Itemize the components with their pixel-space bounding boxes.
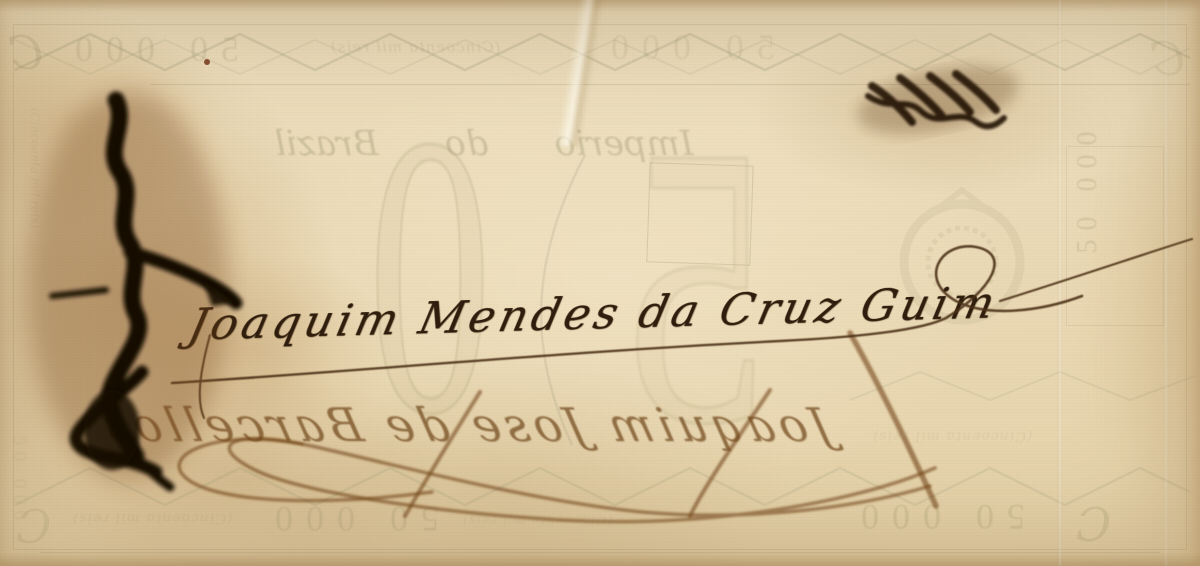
denomination-numeral-right-vertical: 50 000 <box>1072 88 1112 288</box>
corner-ornament-bottom-left: C <box>16 498 51 552</box>
vertical-fold-line-right <box>1164 0 1168 566</box>
vertical-fold-line <box>1058 0 1062 566</box>
denomination-numeral-bottom-right: 50 000 <box>848 496 1025 538</box>
paper-edge-bottom <box>0 552 1200 566</box>
printed-rule-bottom <box>40 552 1160 553</box>
denomination-numeral-bottom-left: 50 000 <box>262 498 439 540</box>
banknote-verso-scan: C 50 000 (Cincoenta mil reis) 50 000 C I… <box>0 0 1200 566</box>
right-edge-shading <box>1176 0 1200 566</box>
denomination-words-bottom-right-inner: (Cincoenta mil reis) <box>872 428 1032 444</box>
denomination-words-bottom-left: (Cincoenta mil reis) <box>72 510 232 526</box>
denomination-words-left-vertical: (Cincoenta mil reis) <box>22 88 42 248</box>
denomination-numeral-top-left: 50 000 <box>62 28 239 70</box>
corner-ornament-bottom-right: C <box>1076 496 1111 550</box>
printed-border-frame <box>13 24 1187 550</box>
big-denomination-digit-0: 0 <box>356 112 505 440</box>
denomination-numeral-top-center: 50 000 <box>598 26 775 68</box>
corner-ornament-top-left: C <box>8 26 43 80</box>
denomination-words-bottom-center: (Cincoenta mil reis) <box>462 512 612 527</box>
bleedthrough-signature: Joaquim Jose de Barcellos <box>133 398 836 452</box>
